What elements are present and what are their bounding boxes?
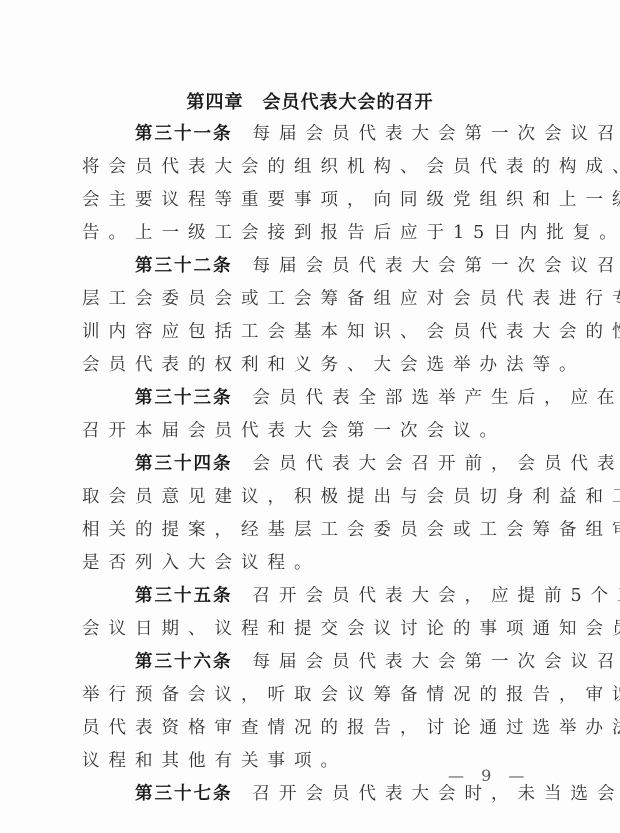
article-31-line: 将会员代表大会的组织机构、会员代表的构成、会员代表大 (82, 151, 542, 184)
article-number: 第三十五条 (135, 586, 233, 606)
article-33-line: 召开本届会员代表大会第一次会议。 (82, 415, 542, 448)
article-number: 第三十四条 (135, 454, 233, 474)
article-33-first-line: 第三十三条会员代表全部选举产生后，应在一个月内 (82, 382, 542, 415)
article-number: 第三十六条 (135, 652, 233, 672)
article-35-first-line: 第三十五条召开会员代表大会，应提前5个工作日将 (82, 580, 542, 613)
article-text: 会员代表全部选举产生后，应在一个月内 (253, 388, 620, 408)
article-number: 第三十七条 (135, 784, 233, 804)
article-32-first-line: 第三十二条每届会员代表大会第一次会议召开前，基 (82, 250, 542, 283)
article-34-line: 取会员意见建议，积极提出与会员切身利益和工会工作密切 (82, 481, 542, 514)
article-number: 第三十二条 (135, 256, 233, 276)
article-31-line: 会主要议程等重要事项，向同级党组织和上一级工会书面报 (82, 184, 542, 217)
article-32-line: 层工会委员会或工会筹备组应对会员代表进行专门培训，培 (82, 283, 542, 316)
article-32-line: 会员代表的权利和义务、大会选举办法等。 (82, 349, 542, 382)
article-36-line: 员代表资格审查情况的报告，讨论通过选举办法，通过大会 (82, 712, 542, 745)
article-31-line: 告。上一级工会接到报告后应于15日内批复。 (82, 217, 542, 250)
article-number: 第三十一条 (135, 124, 233, 144)
article-text: 每届会员代表大会第一次会议召开前，基 (253, 256, 620, 276)
chapter-title: 第四章 会员代表大会的召开 (0, 88, 620, 114)
article-36-line: 举行预备会议，听取会议筹备情况的报告，审议通过关于会 (82, 679, 542, 712)
article-text: 会员代表大会召开前，会员代表应充分听 (253, 454, 620, 474)
article-34-line: 相关的提案，经基层工会委员会或工会筹备组审查后，决定 (82, 514, 542, 547)
article-text: 召开会员代表大会时，未当选会员代表的 (253, 784, 620, 804)
article-34-first-line: 第三十四条会员代表大会召开前，会员代表应充分听 (82, 448, 542, 481)
article-number: 第三十三条 (135, 388, 233, 408)
article-text: 每届会员代表大会第一次会议召开前，可 (253, 652, 620, 672)
article-31-first-line: 第三十一条每届会员代表大会第一次会议召开前，应 (82, 118, 542, 151)
document-page: 第四章 会员代表大会的召开 第三十一条每届会员代表大会第一次会议召开前，应 将会… (0, 0, 620, 833)
document-body: 第三十一条每届会员代表大会第一次会议召开前，应 将会员代表大会的组织机构、会员代… (82, 118, 542, 811)
page-number: — 9 — (448, 766, 530, 785)
article-text: 召开会员代表大会，应提前5个工作日将 (253, 586, 620, 606)
article-35-line: 会议日期、议程和提交会议讨论的事项通知会员代表。 (82, 613, 542, 646)
article-34-line: 是否列入大会议程。 (82, 547, 542, 580)
article-32-line: 训内容应包括工会基本知识、会员代表大会的性质和职能、 (82, 316, 542, 349)
article-36-first-line: 第三十六条每届会员代表大会第一次会议召开前，可 (82, 646, 542, 679)
article-text: 每届会员代表大会第一次会议召开前，应 (253, 124, 620, 144)
